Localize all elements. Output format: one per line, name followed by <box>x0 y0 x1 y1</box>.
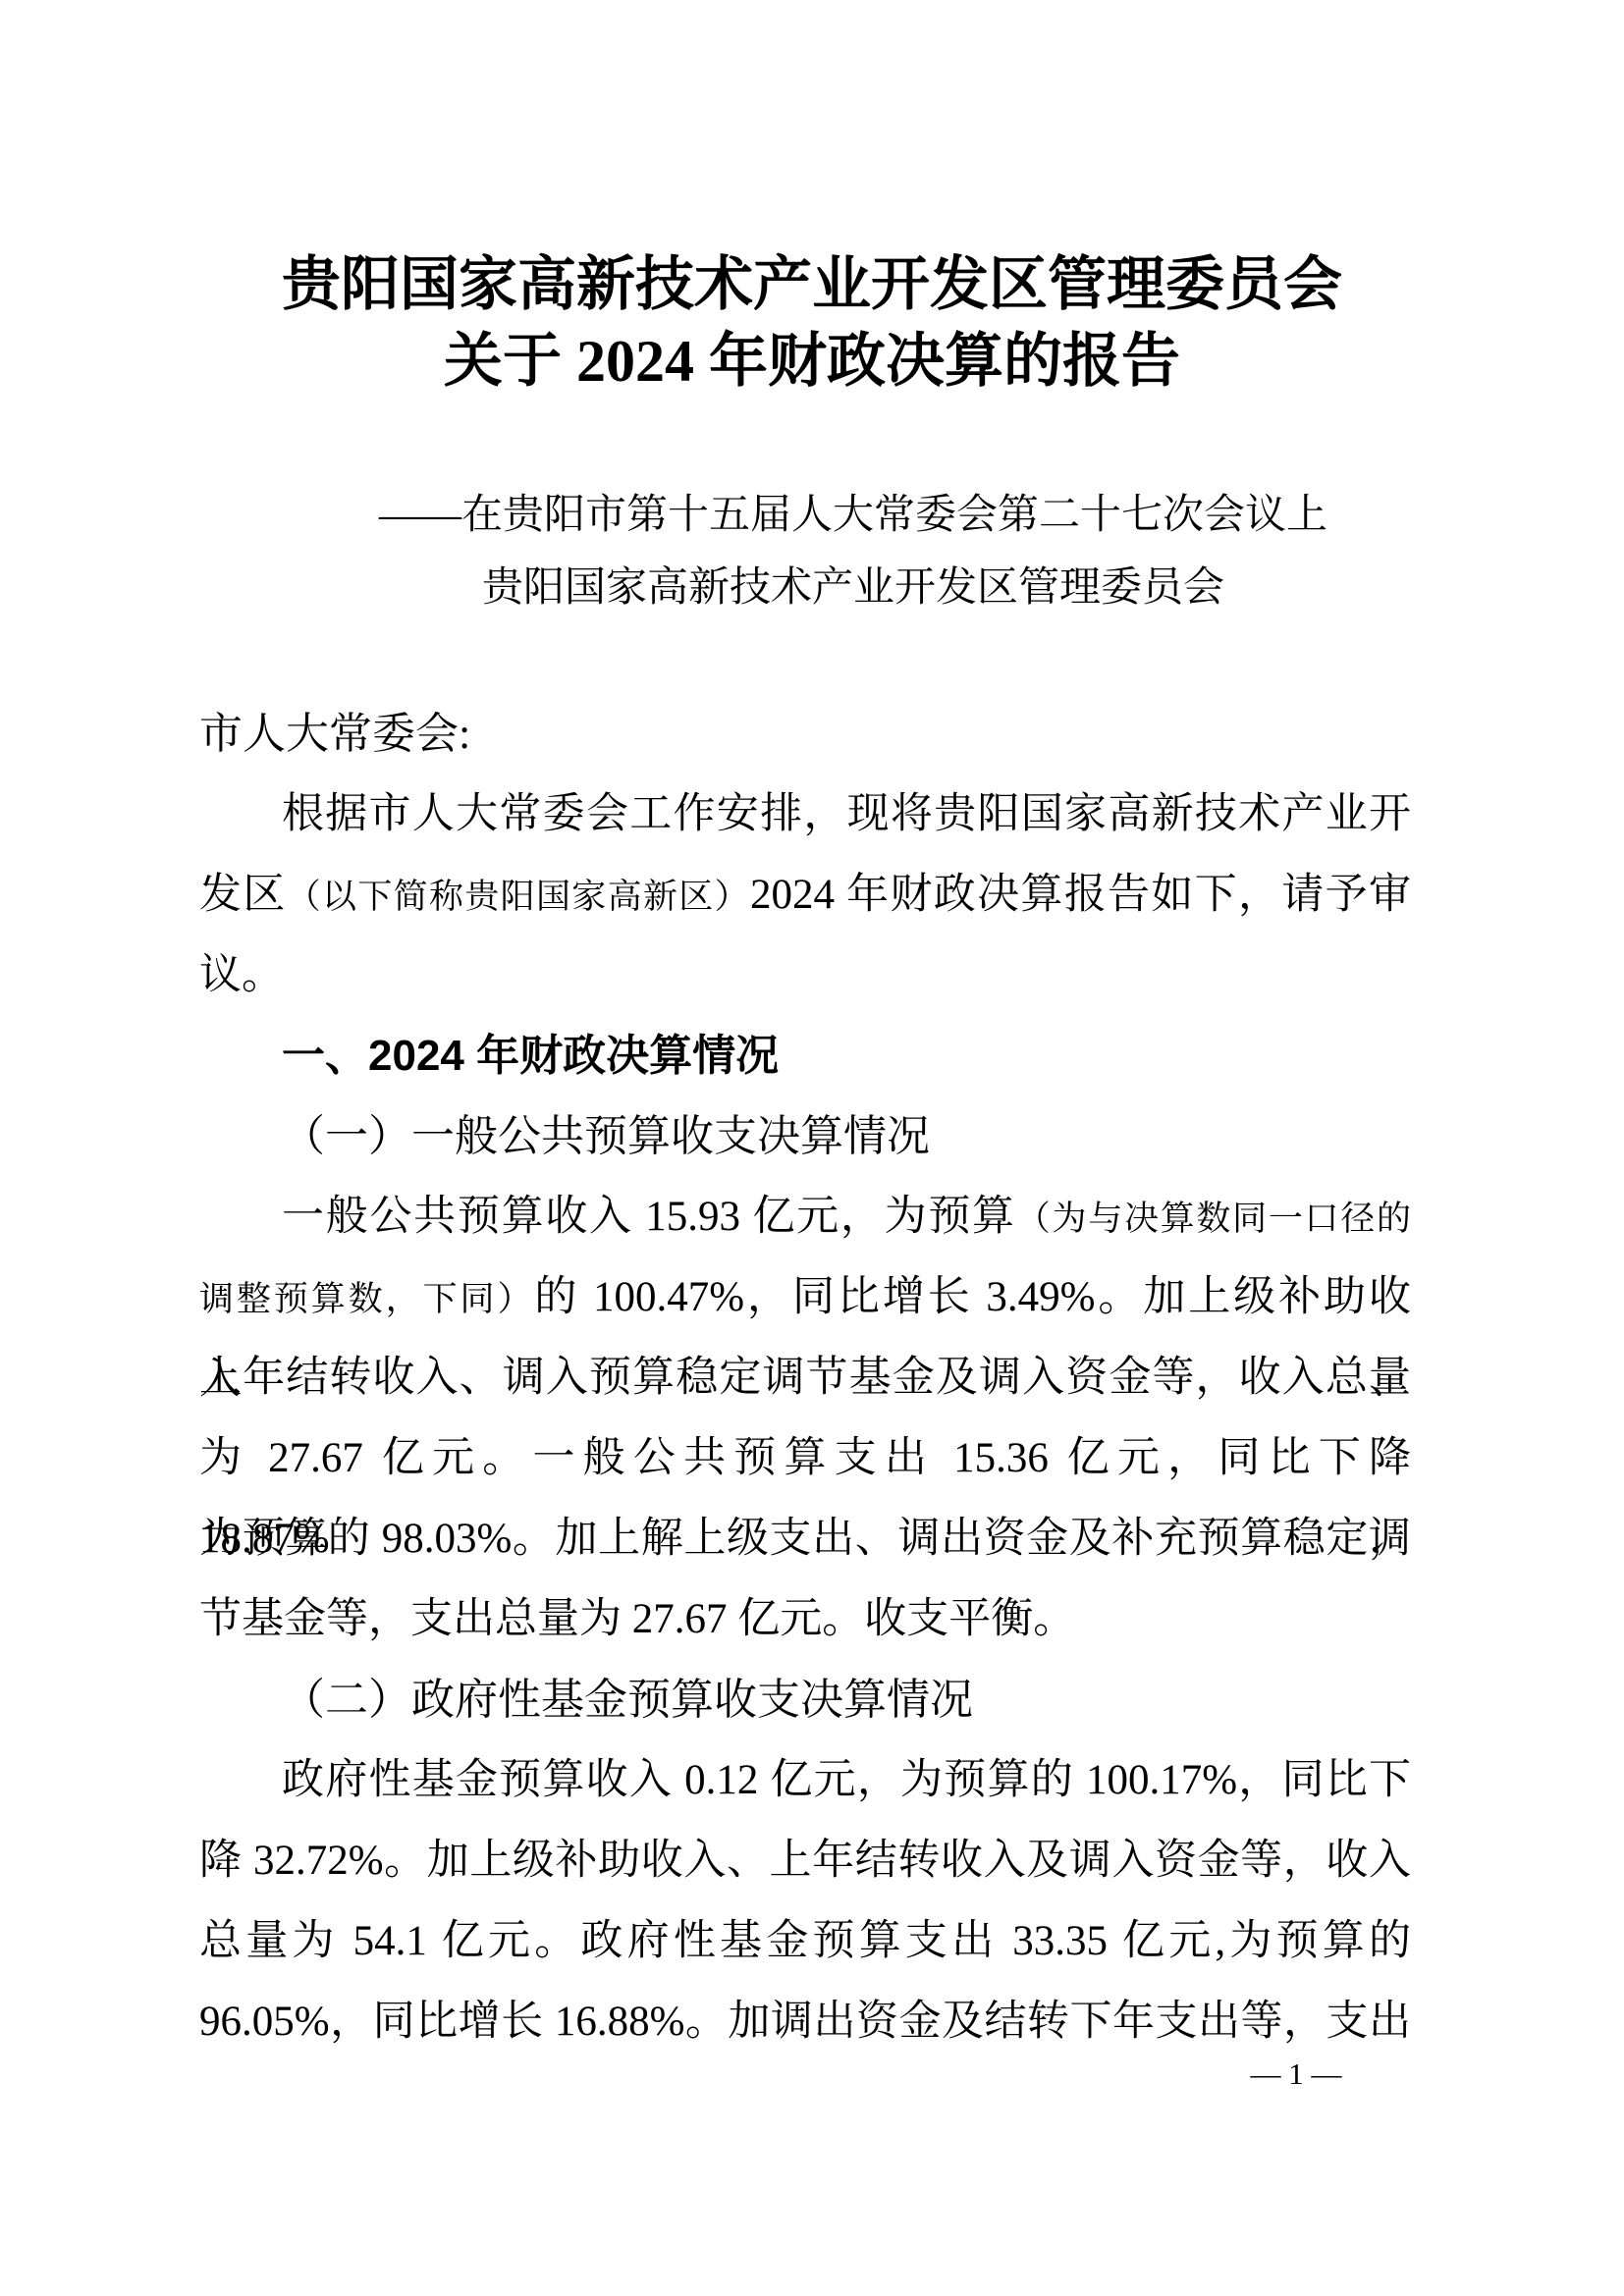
text-line: 96.05%，同比增长 16.88%。加调出资金及结转下年支出等，支出 <box>199 1982 1411 2062</box>
text-segment: 一般公共预算收入 15.93 亿元，为预算 <box>282 1194 1016 1240</box>
text-line: 降 32.72%。加上级补助收入、上年结转收入及调入资金等，收入 <box>199 1821 1411 1901</box>
text-line: 政府性基金预算收入 0.12 亿元，为预算的 100.17%，同比下 <box>199 1740 1411 1821</box>
text-line: 议。 <box>199 935 1411 1016</box>
document-subtitle-author: 贵阳国家高新技术产业开发区管理委员会 <box>41 561 1624 614</box>
text-line: 根据市人大常委会工作安排，现将贵阳国家高新技术产业开 <box>199 774 1411 855</box>
text-line: 节基金等，支出总量为 27.67 亿元。收支平衡。 <box>199 1579 1411 1660</box>
text-segment: 为预算的 98.03%。加上解上级支出、调出资金及补充预算稳定调 <box>199 1516 1411 1562</box>
text-segment: 节基金等，支出总量为 27.67 亿元。收支平衡。 <box>199 1596 1075 1642</box>
page-number: — 1 — <box>1218 2053 1375 2096</box>
text-segment: 96.05%，同比增长 16.88%。加调出资金及结转下年支出等，支出 <box>199 1999 1411 2045</box>
text-line: 为 27.67 亿元。一般公共预算支出 15.36 亿元，同比下降 18.87%… <box>199 1418 1411 1499</box>
document-body: 市人大常委会:根据市人大常委会工作安排，现将贵阳国家高新技术产业开发区（以下简称… <box>199 694 1411 2062</box>
text-segment: 市人大常委会: <box>199 710 470 758</box>
document-page: 贵阳国家高新技术产业开发区管理委员会 关于 2024 年财政决算的报告 ——在贵… <box>0 0 1624 2296</box>
text-segment: （二）政府性基金预算收支决算情况 <box>282 1676 973 1724</box>
text-line: 总量为 54.1 亿元。政府性基金预算支出 33.35 亿元,为预算的 <box>199 1901 1411 1982</box>
text-segment: 上年结转收入、调入预算稳定调节基金及调入资金等，收入总量 <box>199 1355 1411 1401</box>
text-line: 一般公共预算收入 15.93 亿元，为预算（为与决算数同一口径的 <box>199 1177 1411 1257</box>
inline-note: （为与决算数同一口径的 <box>1016 1200 1411 1238</box>
text-line: 上年结转收入、调入预算稳定调节基金及调入资金等，收入总量 <box>199 1338 1411 1418</box>
text-segment: 一、2024 年财政决算情况 <box>282 1032 779 1080</box>
text-segment: 议。 <box>199 952 284 998</box>
inline-note: （以下简称贵阳国家高新区） <box>287 878 750 916</box>
text-segment: 2024 年财政决算报告如下，请予审 <box>750 872 1411 918</box>
text-line: 为预算的 98.03%。加上解上级支出、调出资金及补充预算稳定调 <box>199 1499 1411 1579</box>
text-segment: 降 32.72%。加上级补助收入、上年结转收入及调入资金等，收入 <box>199 1838 1411 1884</box>
document-subtitle-occasion: ——在贵阳市第十五届人大常委会第二十七次会议上 <box>41 489 1624 542</box>
section-heading: 一、2024 年财政决算情况 <box>199 1016 1411 1096</box>
text-line: 发区（以下简称贵阳国家高新区）2024 年财政决算报告如下，请予审 <box>199 855 1411 935</box>
text-segment: 根据市人大常委会工作安排，现将贵阳国家高新技术产业开 <box>282 791 1411 837</box>
document-title-line1: 贵阳国家高新技术产业开发区管理委员会 <box>0 249 1624 320</box>
section-heading: （二）政府性基金预算收支决算情况 <box>199 1660 1411 1740</box>
text-segment: （一）一般公共预算收支决算情况 <box>282 1112 930 1160</box>
text-segment: 发区 <box>199 872 287 918</box>
salutation-line: 市人大常委会: <box>199 694 1411 774</box>
inline-note: 调整预算数，下同） <box>199 1280 534 1318</box>
text-line: 调整预算数，下同）的 100.47%，同比增长 3.49%。加上级补助收入、 <box>199 1257 1411 1338</box>
text-segment: 政府性基金预算收入 0.12 亿元，为预算的 100.17%，同比下 <box>282 1757 1411 1803</box>
document-title-line2: 关于 2024 年财政决算的报告 <box>0 326 1624 397</box>
text-segment: 总量为 54.1 亿元。政府性基金预算支出 33.35 亿元,为预算的 <box>199 1918 1411 1964</box>
section-heading: （一）一般公共预算收支决算情况 <box>199 1096 1411 1177</box>
